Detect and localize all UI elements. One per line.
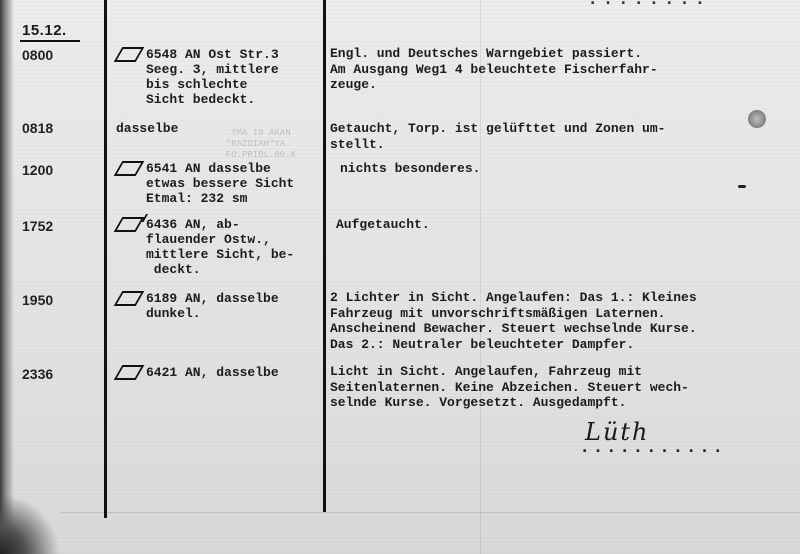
signature-dots: ........... xyxy=(582,440,729,456)
entry-time: 0800 xyxy=(22,47,53,63)
entry-time: 1950 xyxy=(22,292,53,308)
stamp-mark xyxy=(748,110,766,128)
entry-time: 1200 xyxy=(22,162,53,178)
entry-time: 2336 xyxy=(22,366,53,382)
position-text: 6541 AN dasselbe etwas bessere Sicht Etm… xyxy=(146,161,294,206)
entry-position: 6436 AN, ab- flauender Ostw., mittlere S… xyxy=(112,217,327,235)
entry-position: dasselbe xyxy=(116,121,331,136)
entry-event: 2 Lichter in Sicht. Angelaufen: Das 1.: … xyxy=(330,290,800,352)
war-diary-page: ........ 15.12. YMA 10 AKAN "RAZDIAH"YA … xyxy=(0,0,800,554)
entry-position: 6548 AN Ost Str.3 Seeg. 3, mittlere bis … xyxy=(112,47,327,65)
position-text: 6548 AN Ost Str.3 Seeg. 3, mittlere bis … xyxy=(146,47,279,107)
column-divider-time xyxy=(104,0,107,518)
parallelogram-icon xyxy=(114,365,145,380)
entry-position: 6541 AN dasselbe etwas bessere Sicht Etm… xyxy=(112,161,327,179)
column-divider-position xyxy=(323,0,326,512)
entry-event: Getaucht, Torp. ist gelüfttet und Zonen … xyxy=(330,121,800,152)
parallelogram-icon xyxy=(114,217,145,232)
ink-blot xyxy=(738,185,746,188)
parallelogram-icon xyxy=(114,47,145,62)
entry-time: 0818 xyxy=(22,120,53,136)
entry-position: 6421 AN, dasselbe xyxy=(112,365,327,383)
entry-time: 1752 xyxy=(22,218,53,234)
position-text: 6436 AN, ab- flauender Ostw., mittlere S… xyxy=(146,217,294,277)
parallelogram-icon xyxy=(114,161,145,176)
position-text: 6189 AN, dasselbe dunkel. xyxy=(146,291,279,321)
date-underline xyxy=(20,40,80,42)
parallelogram-icon xyxy=(114,291,145,306)
entry-date: 15.12. xyxy=(22,22,67,39)
entry-event: Aufgetaucht. xyxy=(336,217,800,233)
position-text: 6421 AN, dasselbe xyxy=(146,365,279,380)
entry-event: nichts besonderes. xyxy=(340,161,800,177)
entry-event: Licht in Sicht. Angelaufen, Fahrzeug mit… xyxy=(330,364,800,411)
top-dots: ........ xyxy=(590,0,713,8)
entry-event: Engl. und Deutsches Warngebiet passiert.… xyxy=(330,46,800,93)
entry-position: 6189 AN, dasselbe dunkel. xyxy=(112,291,327,309)
bottom-guide-line xyxy=(60,512,800,513)
